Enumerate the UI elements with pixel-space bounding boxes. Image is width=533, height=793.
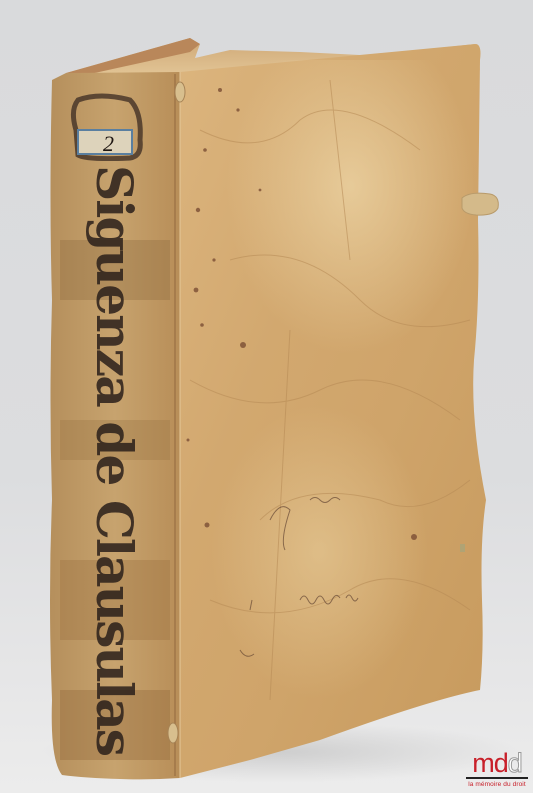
book-illustration: 2 Siguenza de Clausulas: [0, 0, 533, 793]
spine-label-number: 2: [103, 131, 114, 156]
svg-text:Siguenza de Clausulas: Siguenza de Clausulas: [85, 165, 144, 756]
mdd-logo: mdd la mémoire du droit: [462, 752, 532, 792]
logo-tagline: la mémoire du droit: [462, 781, 532, 788]
logo-mark: mdd: [462, 752, 532, 774]
photo-scene: 2 Siguenza de Clausulas mdd la mémoire d…: [0, 0, 533, 793]
